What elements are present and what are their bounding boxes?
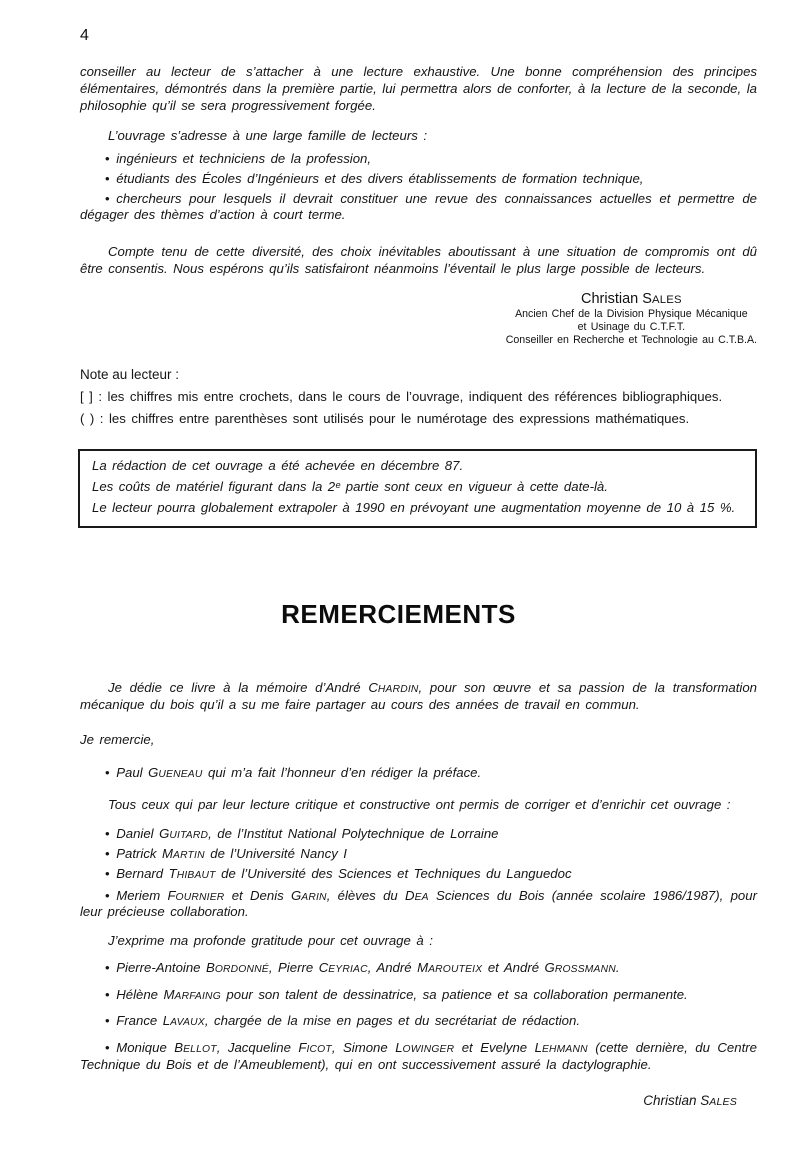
list-item: ingénieurs et techniciens de la professi… [80, 151, 757, 168]
notice-line: Le lecteur pourra globalement extrapoler… [92, 500, 743, 517]
author-name: Christian SALES [506, 290, 757, 308]
list-item: Pierre-Antoine BORDONNÉ, Pierre CEYRIAC,… [80, 960, 757, 977]
reader-note-brackets: [ ] : les chiffres mis entre crochets, d… [80, 388, 757, 405]
author-title-line: Conseiller en Recherche et Technologie a… [506, 334, 757, 347]
preface-compromise-paragraph: Compte tenu de cette diversité, des choi… [80, 244, 757, 278]
list-item: Hélène MARFAING pour son talent de dessi… [80, 987, 757, 1004]
notice-line: Les coûts de matériel figurant dans la 2… [92, 479, 743, 496]
je-remercie-line: Je remercie, [80, 732, 757, 749]
remerciements-section: Je dédie ce livre à la mémoire d’André C… [80, 680, 757, 1109]
list-item: France LAVAUX, chargée de la mise en pag… [80, 1013, 757, 1030]
author-title-line: et Usinage du C.T.F.T. [506, 321, 757, 334]
list-item: étudiants des Écoles d’Ingénieurs et des… [80, 171, 757, 188]
notice-line: La rédaction de cet ouvrage a été achevé… [92, 458, 743, 475]
gratitude-list: Pierre-Antoine BORDONNÉ, Pierre CEYRIAC,… [80, 960, 757, 1074]
reader-note-heading: Note au lecteur : [80, 366, 757, 384]
closing-signature: Christian SALES [80, 1092, 757, 1110]
preface-paragraph-continuation: conseiller au lecteur de s’attacher à un… [80, 64, 757, 114]
list-item: Meriem FOURNIER et Denis GARIN, élèves d… [80, 888, 757, 922]
list-item: Daniel GUITARD, de l’Institut National P… [80, 826, 757, 843]
document-page: 4 conseiller au lecteur de s’attacher à … [0, 0, 800, 1156]
reviewers-list: Daniel GUITARD, de l’Institut National P… [80, 826, 757, 921]
list-item: Patrick MARTIN de l’Université Nancy I [80, 846, 757, 863]
readers-list: ingénieurs et techniciens de la professi… [80, 151, 757, 224]
list-item: Monique BELLOT, Jacqueline FICOT, Simone… [80, 1040, 757, 1074]
author-signature-block: Christian SALES Ancien Chef de la Divisi… [80, 290, 757, 348]
list-item: Paul GUENEAU qui m’a fait l’honneur d’en… [80, 765, 757, 782]
edition-notice-box: La rédaction de cet ouvrage a été achevé… [78, 449, 757, 527]
reviewers-intro: Tous ceux qui par leur lecture critique … [80, 797, 757, 814]
remerciements-title: REMERCIEMENTS [80, 600, 717, 629]
author-title-line: Ancien Chef de la Division Physique Méca… [506, 308, 757, 321]
dedication-paragraph: Je dédie ce livre à la mémoire d’André C… [80, 680, 757, 714]
page-number: 4 [80, 28, 757, 44]
list-item: Bernard THIBAUT de l’Université des Scie… [80, 866, 757, 883]
reader-note-parentheses: ( ) : les chiffres entre parenthèses son… [80, 410, 757, 427]
list-item: chercheurs pour lesquels il devrait cons… [80, 191, 757, 225]
preface-audience-intro: L’ouvrage s’adresse à une large famille … [80, 128, 757, 145]
gratitude-intro: J’exprime ma profonde gratitude pour cet… [80, 933, 757, 950]
